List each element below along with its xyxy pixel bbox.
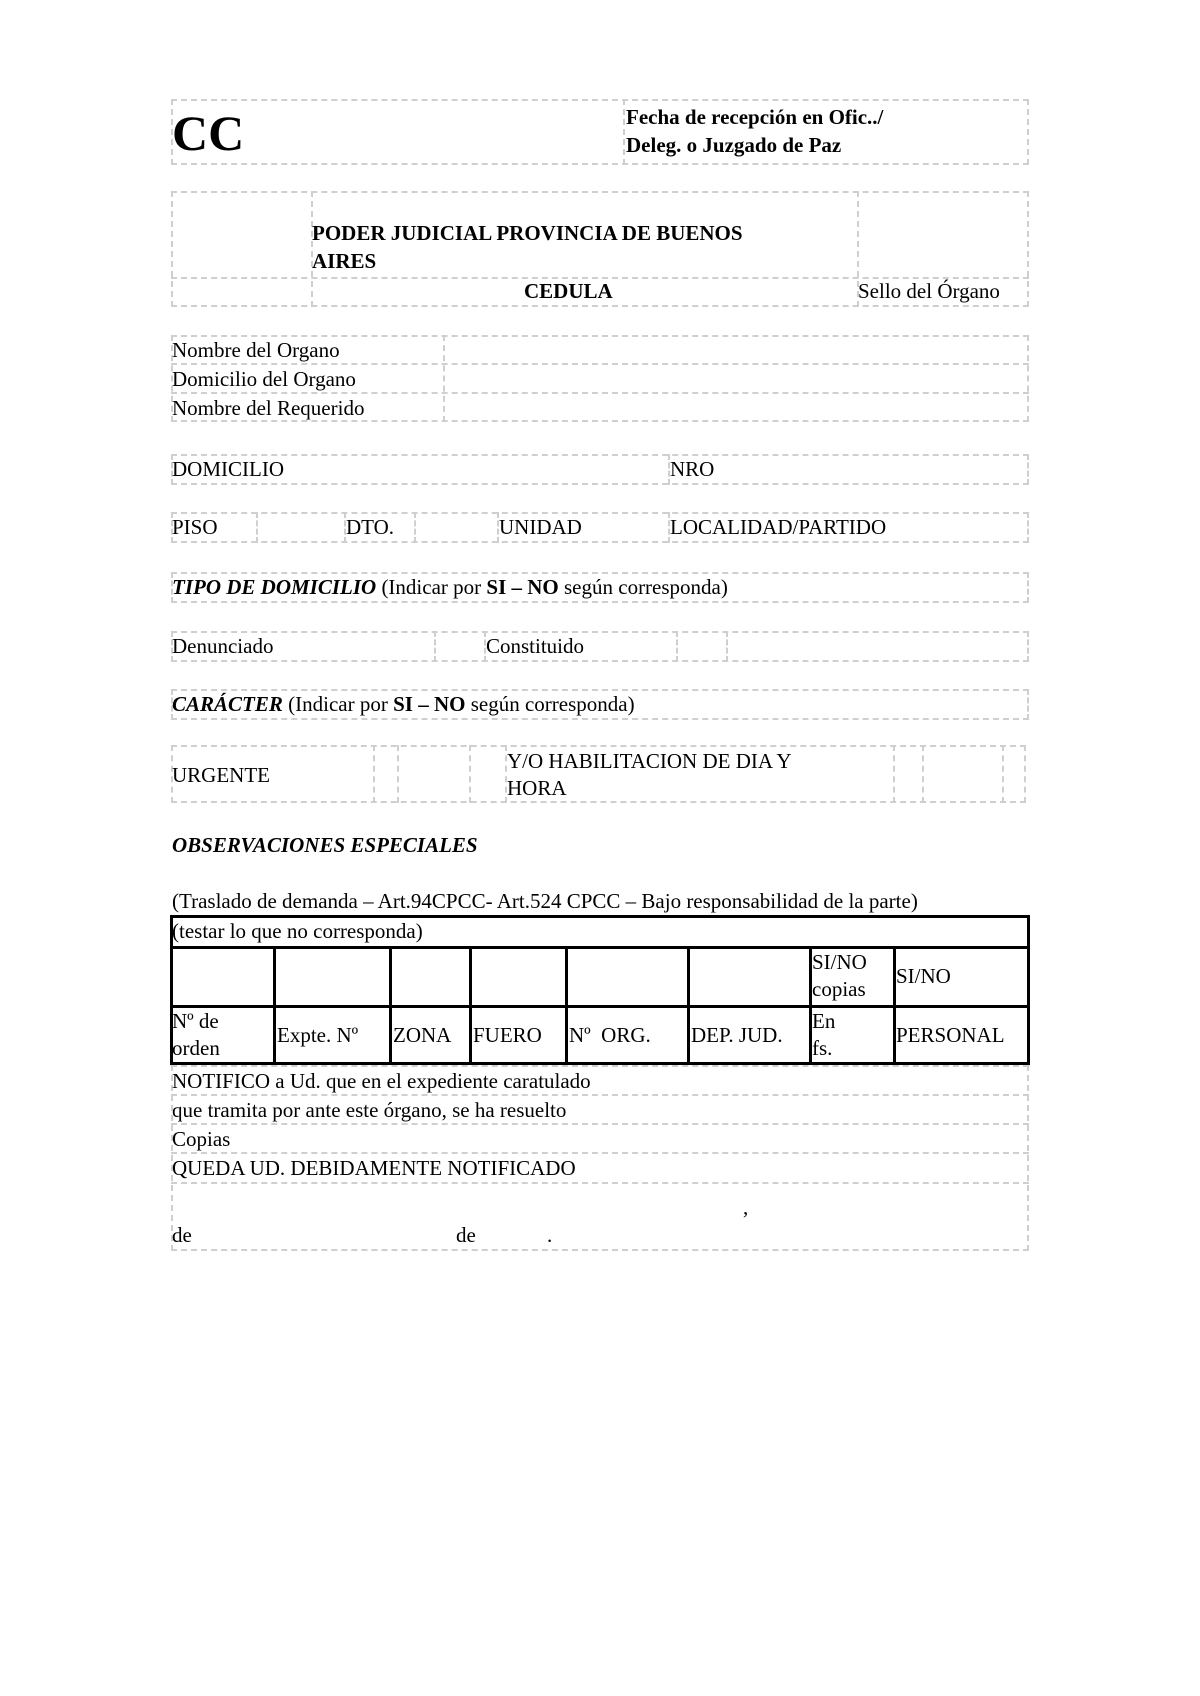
instr-si: SI	[393, 692, 413, 716]
org-name-line1: PODER JUDICIAL PROVINCIA DE BUENOS	[312, 220, 743, 247]
table-col-divider	[389, 946, 392, 1063]
reception-label-line2: Deleg. o Juzgado de Paz	[626, 132, 841, 159]
notification-divider	[171, 1182, 1029, 1184]
field-value-nombre-requerido[interactable]	[446, 395, 1026, 421]
date-comma: ,	[743, 1194, 748, 1221]
urgente-divider	[1002, 745, 1004, 803]
date-de-2: de	[456, 1222, 476, 1249]
instr-text: según corresponda)	[559, 575, 728, 599]
instr-text: (Indicar por	[283, 692, 393, 716]
table-header-personal: PERSONAL	[896, 1022, 1005, 1049]
table-col-divider	[565, 946, 568, 1063]
domicilio-label: DOMICILIO	[172, 456, 284, 483]
caracter-heading: CARÁCTER (Indicar por SI – NO según corr…	[172, 691, 635, 718]
table-header-orden-line1: Nº de	[172, 1008, 219, 1035]
instr-dash: –	[413, 692, 434, 716]
doc-type-title: CEDULA	[524, 278, 613, 305]
piso-divider	[414, 512, 416, 543]
caracter-title: CARÁCTER	[172, 692, 283, 716]
piso-label: PISO	[172, 514, 218, 541]
field-label-domicilio-organo: Domicilio del Organo	[172, 366, 356, 393]
notification-line2: que tramita por ante este órgano, se ha …	[172, 1097, 566, 1124]
reception-label-line1: Fecha de recepción en Ofic../	[626, 104, 883, 131]
field-label-nombre-organo: Nombre del Organo	[172, 337, 340, 364]
constituido-checkbox[interactable]	[678, 633, 724, 660]
habilitacion-label-line2: HORA	[507, 775, 567, 802]
observaciones-heading: OBSERVACIONES ESPECIALES	[172, 832, 478, 859]
option-denunciado: Denunciado	[172, 633, 273, 660]
traslado-text: (Traslado de demanda – Art.94CPCC- Art.5…	[172, 888, 918, 915]
denunciado-checkbox[interactable]	[436, 633, 482, 660]
table-cell-sino-copias-line2: copias	[812, 976, 866, 1003]
stamp-label: Sello del Órgano	[858, 278, 1000, 305]
field-value-domicilio-organo[interactable]	[446, 366, 1026, 392]
instr-text: según corresponda)	[465, 692, 634, 716]
table-header-fuero: FUERO	[473, 1022, 542, 1049]
table-cell-sino: SI/NO	[896, 963, 951, 990]
header-divider	[623, 99, 625, 165]
nro-label: NRO	[670, 456, 714, 483]
table-col-divider	[273, 946, 276, 1063]
table-col-divider	[469, 946, 472, 1063]
instr-text: (Indicar por	[376, 575, 486, 599]
instr-no: NO	[434, 692, 466, 716]
table-row-divider	[170, 946, 1030, 949]
table-header-expte: Expte. Nº	[277, 1022, 358, 1049]
identity-fields-divider	[443, 335, 445, 422]
tipo-domicilio-options-row	[171, 631, 1029, 662]
table-header-org: Nº ORG.	[569, 1022, 651, 1049]
habilitacion-checkbox[interactable]	[924, 747, 1000, 801]
notification-line1: NOTIFICO a Ud. que en el expediente cara…	[172, 1068, 591, 1095]
field-value-nombre-organo[interactable]	[446, 337, 1026, 363]
piso-divider	[256, 512, 258, 543]
piso-row	[171, 512, 1029, 543]
option-constituido: Constituido	[486, 633, 584, 660]
notification-line3: Copias	[172, 1126, 230, 1153]
notification-divider	[171, 1152, 1029, 1154]
tipo-domicilio-heading: TIPO DE DOMICILIO (Indicar por SI – NO s…	[172, 574, 728, 601]
habilitacion-label-line1: Y/O HABILITACION DE DIA Y	[507, 748, 792, 775]
urgente-label: URGENTE	[172, 762, 270, 789]
domicilio-row	[171, 454, 1029, 485]
date-period: .	[547, 1222, 552, 1249]
option-divider	[726, 631, 728, 662]
unidad-label: UNIDAD	[499, 514, 582, 541]
header-box	[171, 99, 1029, 165]
instr-si: SI	[486, 575, 506, 599]
table-header-fs-line1: En	[812, 1008, 835, 1035]
localidad-label: LOCALIDAD/PARTIDO	[670, 514, 886, 541]
urgente-divider	[469, 745, 471, 803]
dto-label: DTO.	[346, 514, 394, 541]
instr-no: NO	[527, 575, 559, 599]
table-header-dep-jud: DEP. JUD.	[691, 1022, 783, 1049]
instr-dash: –	[506, 575, 527, 599]
form-code: CC	[172, 106, 244, 160]
urgente-divider	[373, 745, 375, 803]
urgente-divider	[893, 745, 895, 803]
notification-line4: QUEDA UD. DEBIDAMENTE NOTIFICADO	[172, 1155, 576, 1182]
field-label-nombre-requerido: Nombre del Requerido	[172, 395, 364, 422]
table-row-divider	[170, 1005, 1030, 1008]
table-header-fs-line2: fs.	[812, 1035, 832, 1062]
table-header-orden-line2: orden	[172, 1035, 220, 1062]
urgente-checkbox[interactable]	[399, 747, 467, 801]
org-name-line2: AIRES	[312, 248, 376, 275]
tipo-domicilio-title: TIPO DE DOMICILIO	[172, 575, 376, 599]
table-header-zona: ZONA	[393, 1022, 451, 1049]
table-col-divider	[687, 946, 690, 1063]
table-cell-sino-copias-line1: SI/NO	[812, 949, 867, 976]
date-de-1: de	[172, 1222, 192, 1249]
table-caption: (testar lo que no corresponda)	[172, 918, 423, 945]
